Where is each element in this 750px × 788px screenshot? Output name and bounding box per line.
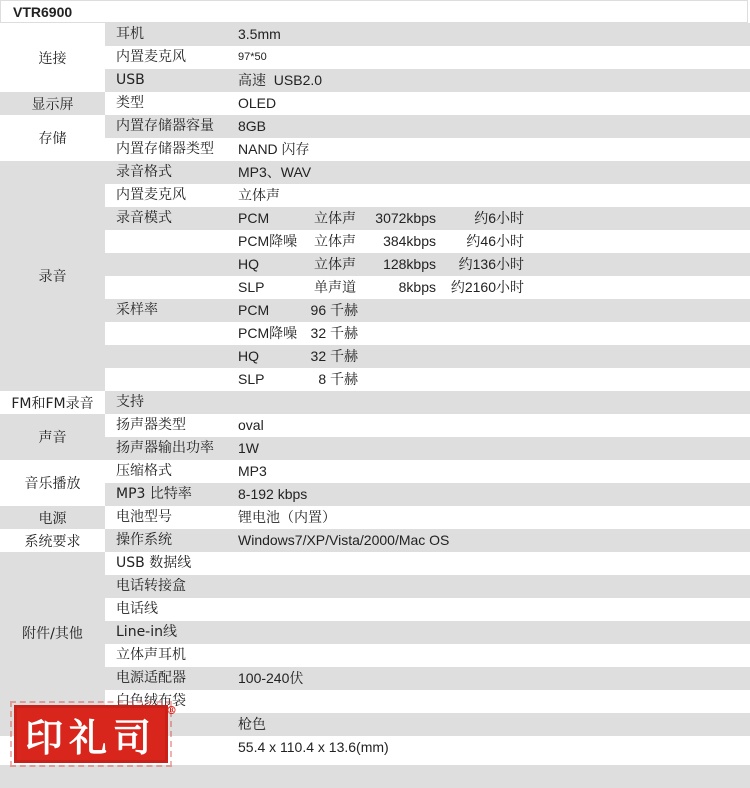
spec-value: Windows7/XP/Vista/2000/Mac OS (238, 529, 750, 552)
group-fm: FM和FM录音 支持 (0, 391, 750, 414)
table-row: 白色绒布袋 (105, 690, 750, 713)
spec-value: 枪色 (238, 713, 750, 736)
record-mode-row: PCM降噪立体声384kbps约46小时 (105, 230, 750, 253)
record-mode-row: HQ立体声128kbps约136小时 (105, 253, 750, 276)
sample-rate: 32 千赫 (310, 345, 358, 368)
spec-value: oval (238, 414, 750, 437)
mode-name: HQ (238, 253, 314, 276)
sample-rate-row: SLP8 千赫 (105, 368, 750, 391)
group-label: 存储 (0, 115, 105, 161)
spec-key: 录音模式 (105, 207, 238, 230)
group-label: 声音 (0, 414, 105, 460)
table-row: 55.4 x 110.4 x 13.6(mm) (105, 736, 750, 759)
mode-time: 约136小时 (436, 253, 524, 276)
mode-name: PCM降噪 (238, 230, 314, 253)
spec-value (238, 552, 750, 575)
table-row: 立体声耳机 (105, 644, 750, 667)
sample-rate: 32 千赫 (310, 322, 358, 345)
mode-name: PCM (238, 299, 310, 322)
spec-value (238, 621, 750, 644)
table-row: 录音格式MP3、WAV (105, 161, 750, 184)
record-mode-row: 录音模式PCM立体声3072kbps约6小时 (105, 207, 750, 230)
spec-value: NAND 闪存 (238, 138, 750, 161)
sample-rate-row: 采样率PCM96 千赫 (105, 299, 750, 322)
spec-value: MP3 (238, 460, 750, 483)
mode-bitrate: 384kbps (364, 230, 436, 253)
sample-rate-row: PCM降噪32 千赫 (105, 322, 750, 345)
mode-time: 约2160小时 (436, 276, 524, 299)
spec-key: 电话转接盒 (105, 575, 238, 598)
spec-value (238, 690, 750, 713)
group-power: 电源 电池型号锂电池（内置） (0, 506, 750, 529)
spec-key: 操作系统 (105, 529, 238, 552)
spec-value: 8-192 kbps (238, 483, 750, 506)
spec-value: 1W (238, 437, 750, 460)
table-row: 内置存储器类型NAND 闪存 (105, 138, 750, 161)
group-label: 显示屏 (0, 92, 105, 115)
table-row: 电话转接盒 (105, 575, 750, 598)
spec-key: 压缩格式 (105, 460, 238, 483)
spec-value: 55.4 x 110.4 x 13.6(mm) (238, 736, 750, 759)
group-connection: 连接 耳机3.5mm 内置麦克风97*50 USB高速 USB2.0 (0, 23, 750, 92)
spec-value: 立体声 (238, 184, 750, 207)
table-row: 电源适配器100-240伏 (105, 667, 750, 690)
spec-key: USB (105, 69, 238, 92)
spec-key: 电话线 (105, 598, 238, 621)
table-row: 内置麦克风立体声 (105, 184, 750, 207)
table-row: 电池型号锂电池（内置） (105, 506, 750, 529)
spec-key: 扬声器输出功率 (105, 437, 238, 460)
table-row: USB高速 USB2.0 (105, 69, 750, 92)
spec-key: MP3 比特率 (105, 483, 238, 506)
mode-channel: 立体声 (314, 253, 364, 276)
mode-bitrate: 8kbps (364, 276, 436, 299)
spec-key: 类型 (105, 92, 238, 115)
product-title: VTR6900 (0, 0, 748, 23)
spec-value: 3.5mm (238, 23, 750, 46)
mode-time: 约46小时 (436, 230, 524, 253)
spec-value (238, 644, 750, 667)
table-row: 内置存储器容量8GB (105, 115, 750, 138)
spec-key: 立体声耳机 (105, 644, 238, 667)
spec-key: 内置存储器类型 (105, 138, 238, 161)
table-row: 压缩格式MP3 (105, 460, 750, 483)
mode-bitrate: 3072kbps (364, 207, 436, 230)
mode-channel: 立体声 (314, 207, 364, 230)
registered-mark-icon: ® (166, 704, 177, 717)
mode-time: 约6小时 (436, 207, 524, 230)
group-label: 系统要求 (0, 529, 105, 552)
mode-channel: 立体声 (314, 230, 364, 253)
group-label: 连接 (0, 23, 105, 92)
group-label: FM和FM录音 (0, 391, 105, 414)
spec-key: 采样率 (105, 299, 238, 322)
spec-value: OLED (238, 92, 750, 115)
mode-name: PCM降噪 (238, 322, 310, 345)
spec-value (238, 575, 750, 598)
record-mode-row: SLP单声道8kbps约2160小时 (105, 276, 750, 299)
table-row: 扬声器类型oval (105, 414, 750, 437)
group-recording: 录音 录音格式MP3、WAV 内置麦克风立体声 录音模式PCM立体声3072kb… (0, 161, 750, 391)
table-row: 扬声器输出功率1W (105, 437, 750, 460)
spec-key: 内置存储器容量 (105, 115, 238, 138)
mode-name: HQ (238, 345, 310, 368)
table-row: 内置麦克风97*50 (105, 46, 750, 69)
table-row: 操作系统Windows7/XP/Vista/2000/Mac OS (105, 529, 750, 552)
spec-key: 内置麦克风 (105, 184, 238, 207)
table-row: MP3 比特率8-192 kbps (105, 483, 750, 506)
mode-bitrate: 128kbps (364, 253, 436, 276)
group-label: 音乐播放 (0, 460, 105, 506)
brand-watermark-stamp: 印礼司 ® (14, 705, 168, 763)
group-sound: 声音 扬声器类型oval 扬声器输出功率1W (0, 414, 750, 460)
group-storage: 存储 内置存储器容量8GB 内置存储器类型NAND 闪存 (0, 115, 750, 161)
table-row: 耳机3.5mm (105, 23, 750, 46)
spec-key: 支持 (105, 391, 238, 414)
sample-rate-row: HQ32 千赫 (105, 345, 750, 368)
group-label: 电源 (0, 506, 105, 529)
spec-key: 录音格式 (105, 161, 238, 184)
footer-band (0, 765, 750, 788)
spec-key: 内置麦克风 (105, 46, 238, 69)
spec-key: 扬声器类型 (105, 414, 238, 437)
spec-table: 连接 耳机3.5mm 内置麦克风97*50 USB高速 USB2.0 显示屏 类… (0, 23, 750, 759)
table-row: 支持 (105, 391, 750, 414)
table-row: USB 数据线 (105, 552, 750, 575)
sample-rate: 96 千赫 (310, 299, 358, 322)
spec-value (238, 598, 750, 621)
group-display: 显示屏 类型OLED (0, 92, 750, 115)
group-system: 系统要求 操作系统Windows7/XP/Vista/2000/Mac OS (0, 529, 750, 552)
spec-value: 100-240伏 (238, 667, 750, 690)
group-accessories: 附件/其他 USB 数据线 电话转接盒 电话线 Line-in线 立体声耳机 电… (0, 552, 750, 713)
sample-rate: 8 千赫 (310, 368, 358, 391)
table-row: 类型OLED (105, 92, 750, 115)
spec-value: 8GB (238, 115, 750, 138)
spec-value: MP3、WAV (238, 161, 750, 184)
spec-key: 电池型号 (105, 506, 238, 529)
spec-key: 电源适配器 (105, 667, 238, 690)
spec-value (238, 391, 750, 414)
spec-value: 高速 USB2.0 (238, 69, 750, 92)
spec-key: Line-in线 (105, 621, 238, 644)
spec-key: 耳机 (105, 23, 238, 46)
table-row: Line-in线 (105, 621, 750, 644)
table-row: 枪色 (105, 713, 750, 736)
spec-value: 锂电池（内置） (238, 506, 750, 529)
group-music: 音乐播放 压缩格式MP3 MP3 比特率8-192 kbps (0, 460, 750, 506)
spec-key: USB 数据线 (105, 552, 238, 575)
mode-name: PCM (238, 207, 314, 230)
group-label: 附件/其他 (0, 552, 105, 713)
mode-channel: 单声道 (314, 276, 364, 299)
mode-name: SLP (238, 276, 314, 299)
spec-value: 97*50 (238, 46, 750, 69)
mode-name: SLP (238, 368, 310, 391)
watermark-text: 印礼司 (25, 707, 157, 762)
table-row: 电话线 (105, 598, 750, 621)
group-label: 录音 (0, 161, 105, 391)
